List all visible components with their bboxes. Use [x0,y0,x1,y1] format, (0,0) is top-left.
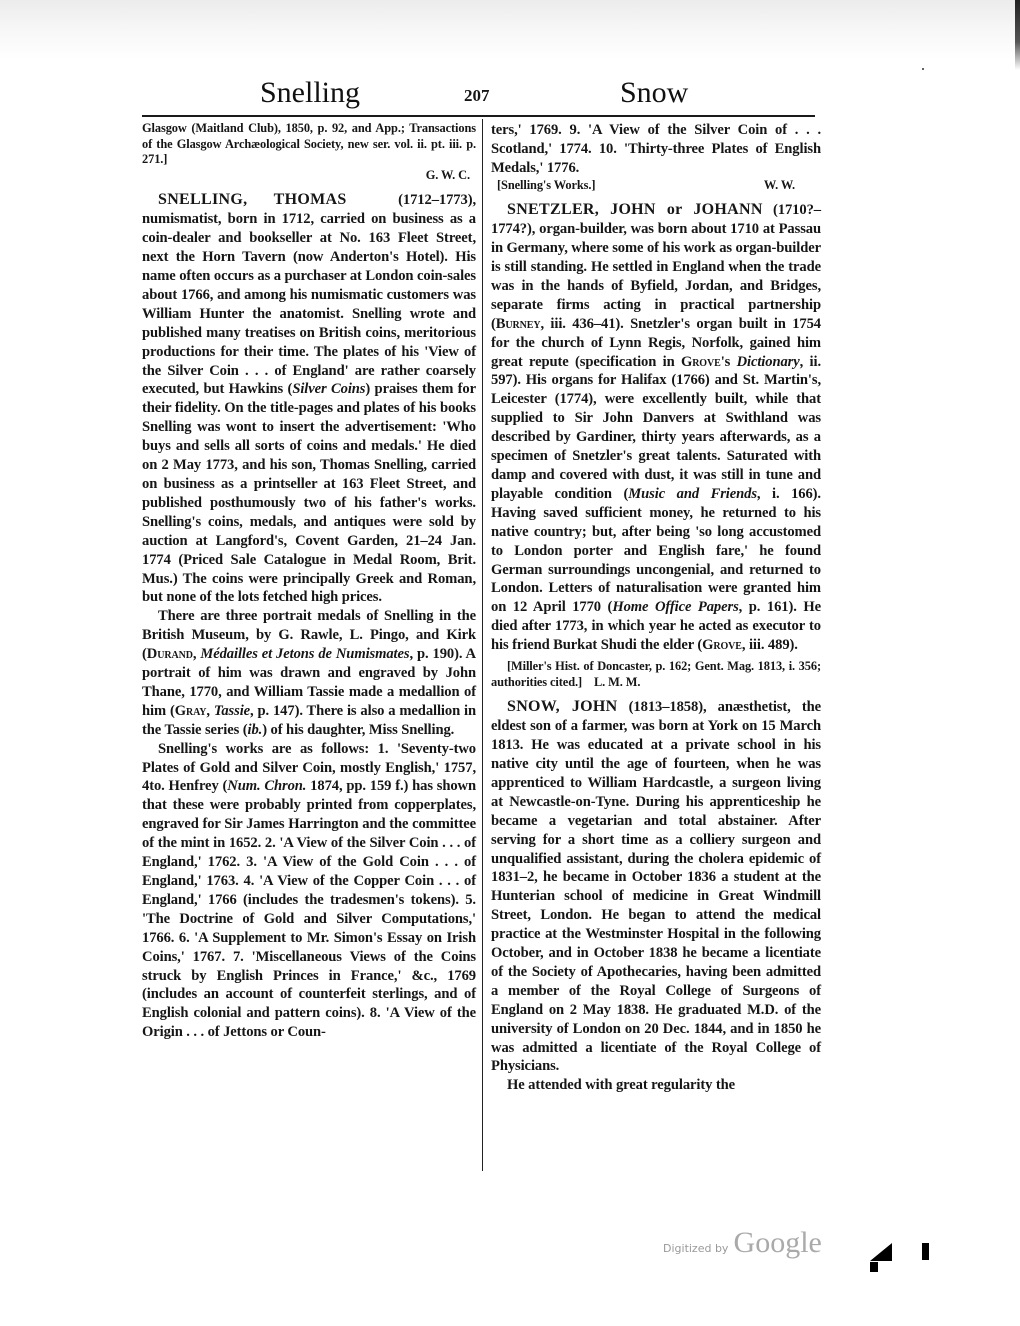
contributor-signature: W. W. [764,178,821,194]
watermark-prefix: Digitized by [663,1242,728,1255]
entry-paragraph: There are three portrait medals of Snell… [142,607,476,739]
entry-snelling: SNELLING, THOMAS (1712–1773), numismatis… [142,191,476,607]
contributor-signature: G. W. C. [142,168,476,184]
scan-registration-mark [870,1262,878,1272]
right-column: ters,' 1769. 9. 'A View of the Silver Co… [491,121,821,1095]
headword: SNOW, JOHN [507,698,618,715]
continuation-works: ters,' 1769. 9. 'A View of the Silver Co… [491,121,821,178]
entry-snetzler: SNETZLER, JOHN or JOHANN (1710?–1774?), … [491,201,821,655]
header-rule [142,115,815,117]
contributor-signature: L. M. M. [594,675,640,689]
scan-registration-mark [870,1243,892,1261]
sources: [Snelling's Works.]W. W. [491,178,821,194]
scan-speck [922,68,924,70]
scan-edge [1015,0,1020,70]
running-head: Snelling 207 Snow [150,72,815,120]
scan-shadow [0,0,1020,60]
running-head-right: Snow [620,76,688,110]
entry-dates: (1712–1773), [398,192,476,208]
scan-registration-mark [922,1243,929,1260]
continuation-sources: Glasgow (Maitland Club), 1850, p. 92, an… [142,121,476,168]
sources: [Miller's Hist. of Doncaster, p. 162; Ge… [491,659,821,690]
left-column: Glasgow (Maitland Club), 1850, p. 92, an… [142,121,476,1042]
page-number: 207 [464,86,490,106]
headword: SNETZLER, JOHN or JOHANN [507,201,763,218]
digitized-watermark: Digitized by Google [663,1226,822,1260]
headword: SNELLING, THOMAS [158,191,347,208]
entry-paragraph: Snelling's works are as follows: 1. 'Sev… [142,740,476,1043]
entry-paragraph: He attended with great regularity the [491,1076,821,1095]
running-head-left: Snelling [260,76,360,110]
entry-snow: SNOW, JOHN (1813–1858), anæsthetist, the… [491,698,821,1076]
google-logo: Google [734,1226,822,1259]
column-divider [482,119,483,1171]
